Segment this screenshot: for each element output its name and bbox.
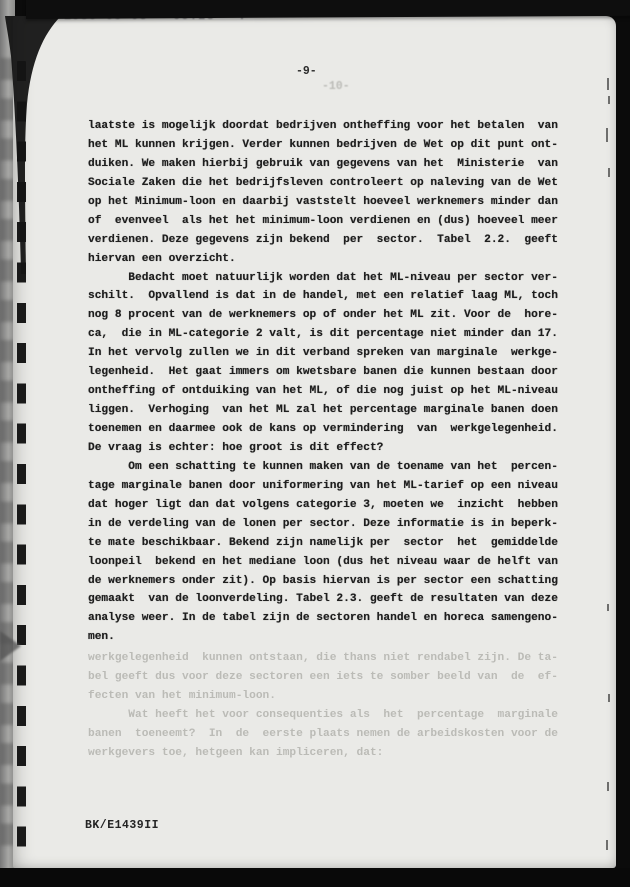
text-line: Bedacht moet natuurlijk worden dat het M… [88, 269, 558, 288]
edge-scratch [608, 168, 610, 177]
edge-scratch [608, 694, 610, 702]
edge-scratch [606, 840, 608, 850]
text-line: legenheid. Het gaat immers om kwetsbare … [88, 363, 558, 382]
text-line: Om een schatting te kunnen maken van de … [88, 458, 558, 477]
edge-scratch [607, 604, 609, 611]
text-line: dat hoger ligt dan dat volgens categorie… [88, 496, 558, 515]
edge-scratch [607, 78, 609, 90]
edge-scratch [606, 128, 608, 142]
text-line: loonpeil bekend en het mediane loon (dus… [88, 553, 558, 572]
text-line: hiervan een overzicht. [88, 250, 558, 269]
text-line: schilt. Opvallend is dat in de handel, m… [88, 287, 558, 306]
text-line: verdienen. Deze gegevens zijn bekend per… [88, 231, 558, 250]
text-line: gemaakt van de loonverdeling. Tabel 2.3.… [88, 590, 558, 609]
bleedthrough-text: werkgelegenheid kunnen ontstaan, die tha… [88, 649, 558, 763]
text-line: Sociale Zaken die het bedrijfsleven cont… [88, 174, 558, 193]
text-line: op het Minimum-loon en daarbij vaststelt… [88, 193, 558, 212]
text-line: analyse weer. In de tabel zijn de sector… [88, 609, 558, 628]
text-line: duiken. We maken hierbij gebruik van geg… [88, 155, 558, 174]
ghost-text-line: werkgelegenheid kunnen ontstaan, die tha… [88, 649, 558, 668]
text-line: men. [88, 628, 558, 647]
ghost-text-line: banen toeneemt? In de eerste plaats neme… [88, 725, 558, 744]
ghost-text-line: werkgevers toe, hetgeen kan impliceren, … [88, 744, 558, 763]
text-line: toenemen en daarmee ook de kans op vermi… [88, 420, 558, 439]
text-line: ca, die in ML-categorie 2 valt, is dit p… [88, 325, 558, 344]
text-line: in de verdeling van de lonen per sector.… [88, 515, 558, 534]
ghost-text-line: fecten van het minimum-loon. [88, 687, 558, 706]
text-line: te mate beschikbaar. Bekend zijn namelij… [88, 534, 558, 553]
ghost-text-line: bel geeft dus voor deze sectoren een iet… [88, 668, 558, 687]
text-line: het ML kunnen krijgen. Verder kunnen bed… [88, 136, 558, 155]
scanner-top-bar [26, 0, 630, 19]
text-line: ontheffing of ontduiking van het ML, of … [88, 382, 558, 401]
text-line: liggen. Verhoging van het ML zal het per… [88, 401, 558, 420]
body-text: laatste is mogelijk doordat bedrijven on… [88, 117, 558, 647]
text-line: nog 8 procent van de werknemers op of on… [88, 306, 558, 325]
bleedthrough-page-number: -10- [322, 80, 350, 93]
text-line: De vraag is echter: hoe groot is dit eff… [88, 439, 558, 458]
document-reference-code: BK/E1439II [85, 819, 159, 832]
scanner-bottom-bar [0, 868, 630, 887]
text-line: tage marginale banen door uniformering v… [88, 477, 558, 496]
text-line: of evenveel als het het minimum-loon ver… [88, 212, 558, 231]
left-edge-arrow-mark [0, 631, 21, 661]
edge-scratch [607, 782, 609, 791]
text-line: de werknemers onder zit). Op basis hierv… [88, 572, 558, 591]
page-curl-shadow [3, 14, 65, 294]
scanned-page: -9- -10- laatste is mogelijk doordat bed… [13, 16, 616, 868]
text-line: In het vervolg zullen we in dit verband … [88, 344, 558, 363]
ghost-text-line: Wat heeft het voor consequenties als het… [88, 706, 558, 725]
edge-scratch [608, 96, 610, 104]
page-number: -9- [296, 65, 317, 78]
text-line: laatste is mogelijk doordat bedrijven on… [88, 117, 558, 136]
